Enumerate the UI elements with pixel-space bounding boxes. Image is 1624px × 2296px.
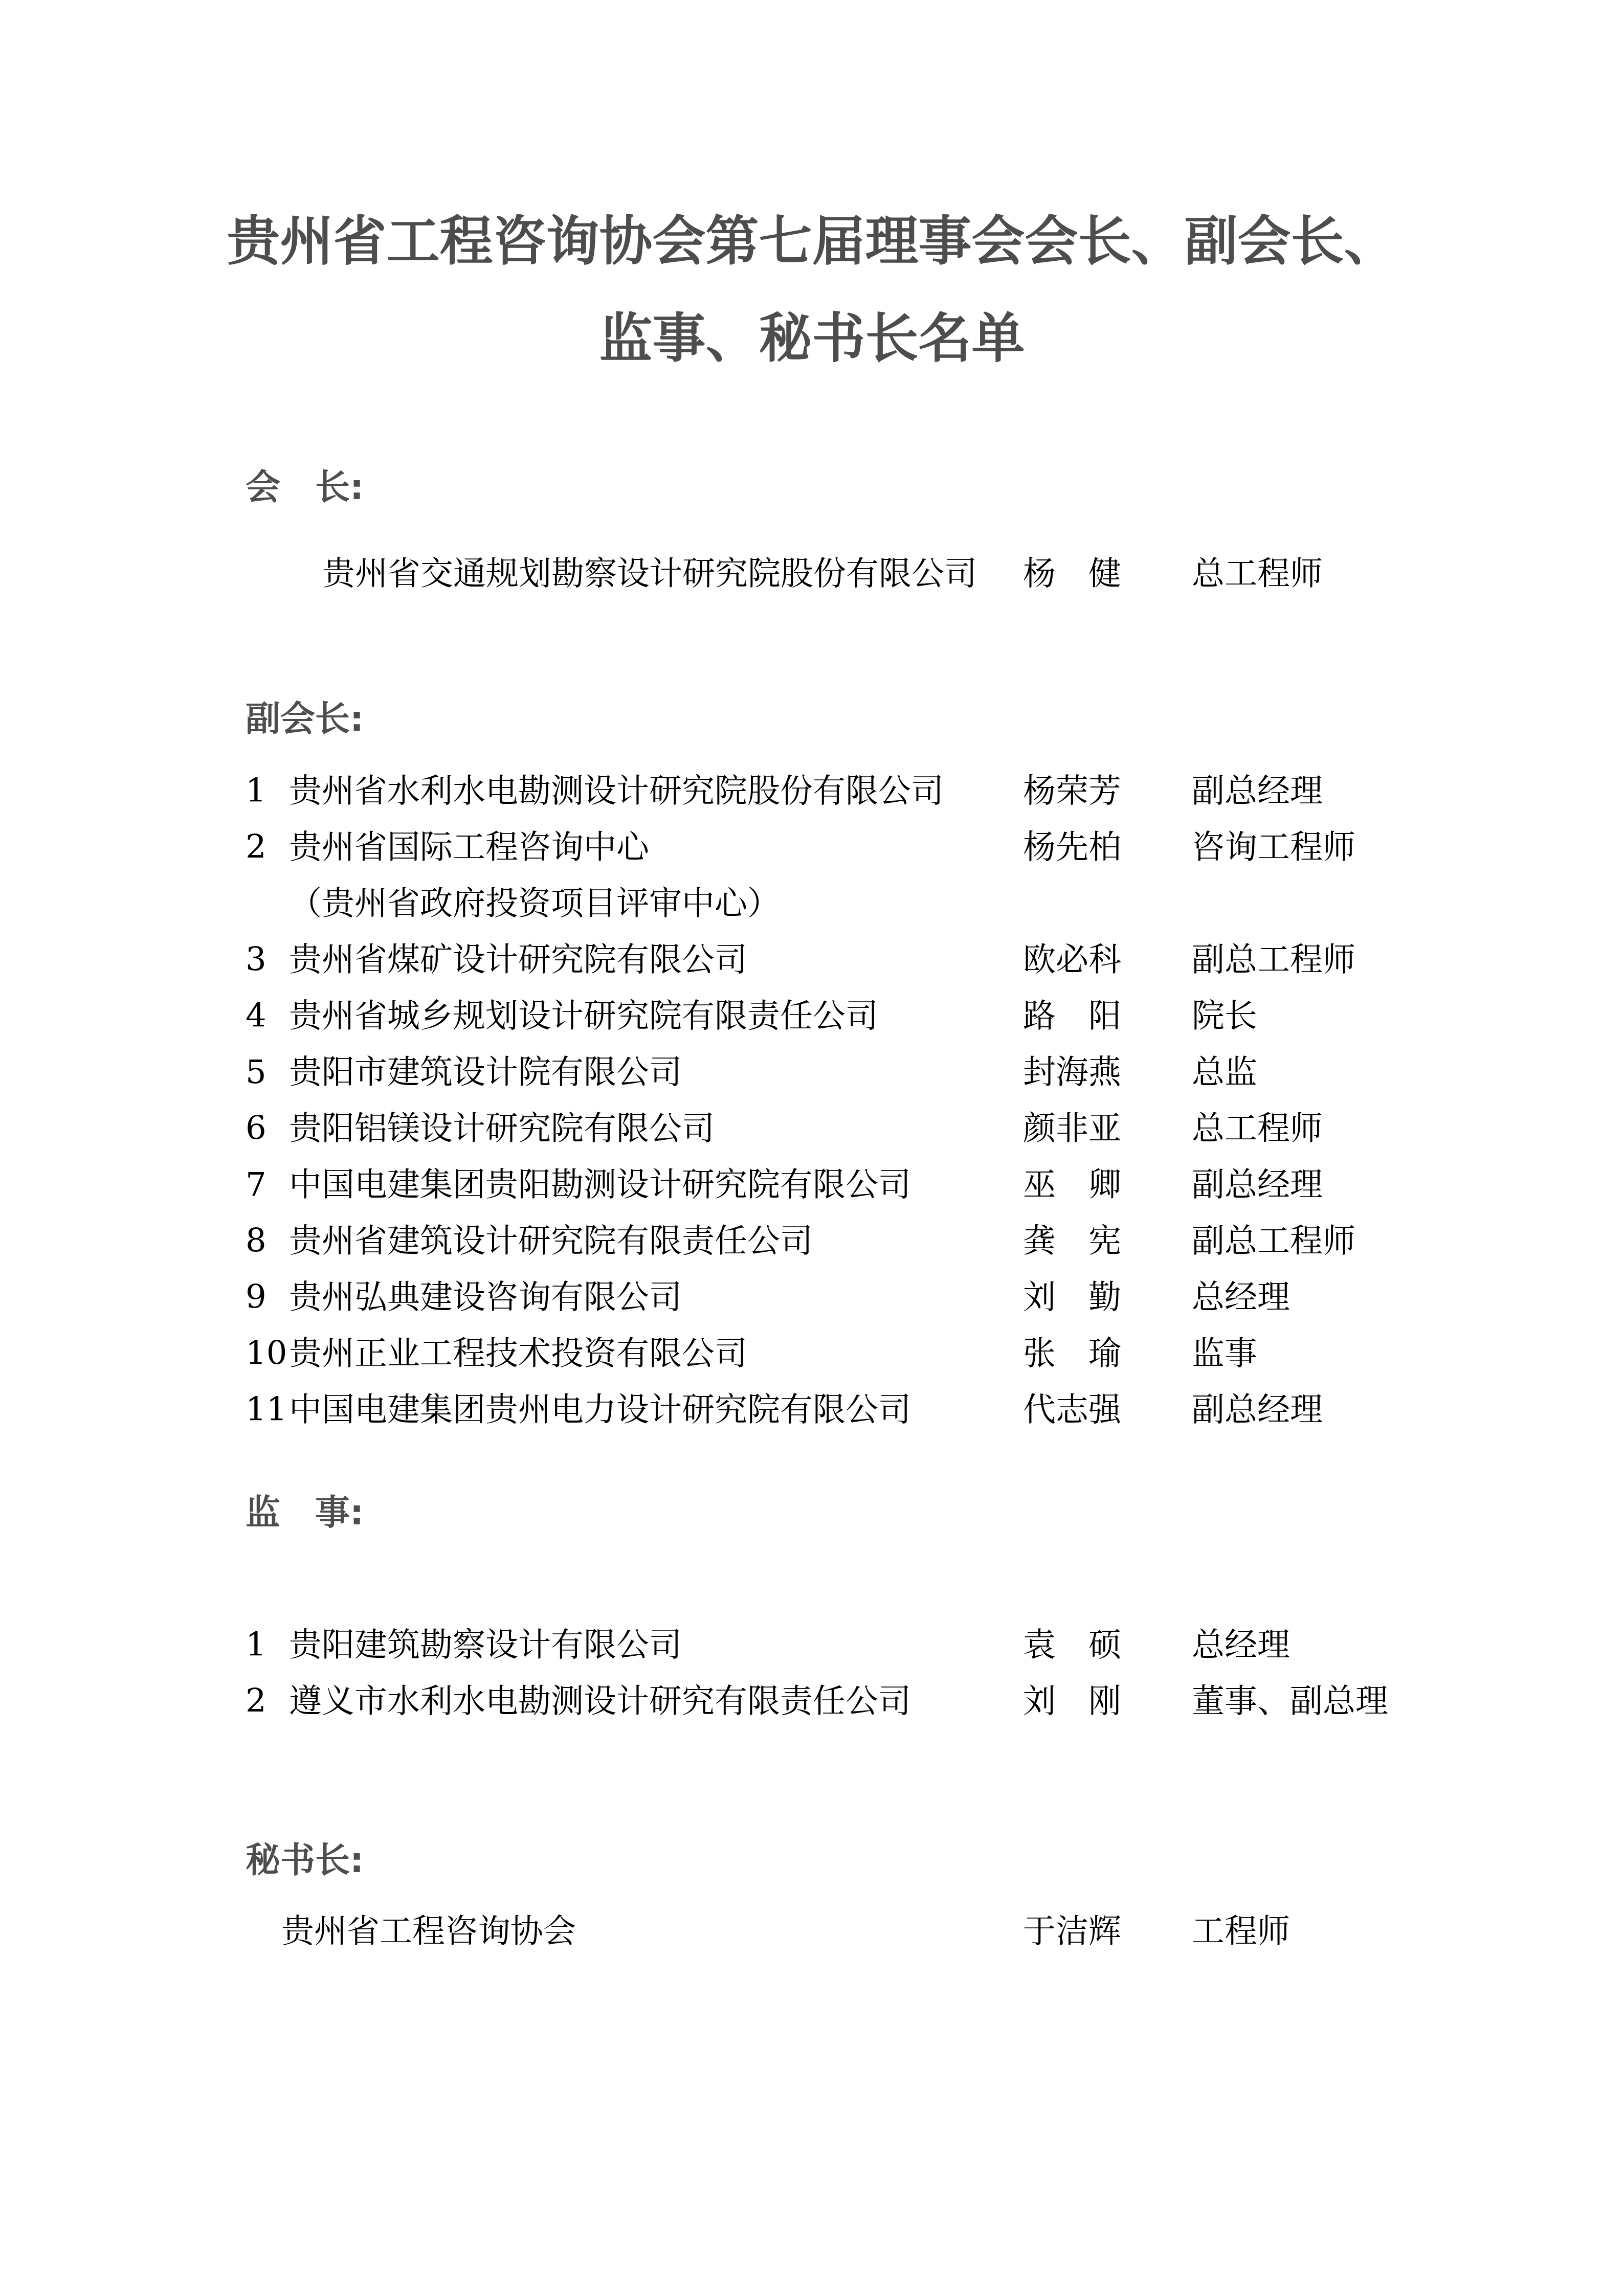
row-number-cell: 6 [246, 1112, 266, 1145]
company-cell: 贵州省煤矿设计研究院有限公司 [289, 943, 747, 976]
section-label-chairman: 会 长: [246, 470, 364, 505]
job-title-cell: 院长 [1192, 1000, 1257, 1032]
table-row: 5 贵阳市建筑设计院有限公司 封海燕 总监 [0, 1056, 1624, 1092]
section-label-vice-chairman: 副会长: [246, 702, 364, 737]
table-row: 11 中国电建集团贵州电力设计研究院有限公司 代志强 副总经理 [0, 1393, 1624, 1429]
job-title-cell: 董事、副总理 [1192, 1685, 1388, 1718]
row-number-cell: 10 [246, 1337, 287, 1370]
company-cell: 中国电建集团贵阳勘测设计研究院有限公司 [289, 1168, 911, 1201]
person-name-cell: 路 阳 [1023, 1000, 1121, 1032]
person-name-cell: 代志强 [1023, 1393, 1121, 1426]
person-name-cell: 杨先柏 [1023, 831, 1121, 864]
row-number-cell: 8 [246, 1225, 266, 1257]
job-title-cell: 副总经理 [1192, 1393, 1323, 1426]
row-number-cell: 2 [246, 831, 266, 864]
job-title-cell: 副总工程师 [1192, 943, 1355, 976]
row-number-cell: 11 [246, 1393, 287, 1426]
table-row: 7 中国电建集团贵阳勘测设计研究院有限公司 巫 卿 副总经理 [0, 1168, 1624, 1204]
table-row: 1 贵州省水利水电勘测设计研究院股份有限公司 杨荣芳 副总经理 [0, 775, 1624, 811]
row-number-cell: 1 [246, 1629, 266, 1661]
company-cell: 贵州弘典建设咨询有限公司 [289, 1281, 682, 1314]
job-title-cell: 总工程师 [1192, 557, 1323, 590]
table-row: 3 贵州省煤矿设计研究院有限公司 欧必科 副总工程师 [0, 943, 1624, 979]
person-name-cell: 张 瑜 [1023, 1337, 1121, 1370]
table-row: 2 贵州省国际工程咨询中心 杨先柏 咨询工程师 [0, 831, 1624, 867]
person-name-cell: 刘 勤 [1023, 1281, 1121, 1314]
section-label-secretary-general: 秘书长: [246, 1843, 364, 1878]
company-cell: 贵州省工程咨询协会 [281, 1915, 576, 1948]
company-cell: 贵州省国际工程咨询中心 [289, 831, 649, 864]
person-name-cell: 刘 刚 [1023, 1685, 1121, 1718]
company-cell: 中国电建集团贵州电力设计研究院有限公司 [289, 1393, 911, 1426]
document-page: 贵州省工程咨询协会第七届理事会会长、副会长、 监事、秘书长名单 会 长: 贵州省… [0, 0, 1624, 2296]
company-cell: 贵州省水利水电勘测设计研究院股份有限公司 [289, 775, 944, 807]
row-number-cell: 3 [246, 943, 266, 976]
person-name-cell: 巫 卿 [1023, 1168, 1121, 1201]
job-title-cell: 监事 [1192, 1337, 1257, 1370]
job-title-cell: 总经理 [1192, 1629, 1290, 1661]
table-row-note: （贵州省政府投资项目评审中心） [0, 887, 1624, 923]
table-row: 贵州省工程咨询协会 于洁辉 工程师 [0, 1915, 1624, 1951]
job-title-cell: 副总经理 [1192, 775, 1323, 807]
company-cell: 贵阳铝镁设计研究院有限公司 [289, 1112, 715, 1145]
table-row: 2 遵义市水利水电勘测设计研究有限责任公司 刘 刚 董事、副总理 [0, 1685, 1624, 1721]
person-name-cell: 于洁辉 [1023, 1915, 1121, 1948]
company-note-cell: （贵州省政府投资项目评审中心） [289, 887, 780, 920]
job-title-cell: 总工程师 [1192, 1112, 1323, 1145]
table-row: 10 贵州正业工程技术投资有限公司 张 瑜 监事 [0, 1337, 1624, 1373]
row-number-cell: 4 [246, 1000, 266, 1032]
person-name-cell: 龚 宪 [1023, 1225, 1121, 1257]
job-title-cell: 咨询工程师 [1192, 831, 1355, 864]
company-cell: 贵州省城乡规划设计研究院有限责任公司 [289, 1000, 878, 1032]
row-number-cell: 5 [246, 1056, 266, 1089]
table-row: 贵州省交通规划勘察设计研究院股份有限公司 杨 健 总工程师 [0, 557, 1624, 593]
company-cell: 贵阳市建筑设计院有限公司 [289, 1056, 682, 1089]
table-row: 1 贵阳建筑勘察设计有限公司 袁 硕 总经理 [0, 1629, 1624, 1664]
person-name-cell: 杨荣芳 [1023, 775, 1121, 807]
person-name-cell: 欧必科 [1023, 943, 1121, 976]
table-row: 8 贵州省建筑设计研究院有限责任公司 龚 宪 副总工程师 [0, 1225, 1624, 1260]
company-cell: 贵州省交通规划勘察设计研究院股份有限公司 [322, 557, 977, 590]
row-number-cell: 9 [246, 1281, 266, 1314]
job-title-cell: 总经理 [1192, 1281, 1290, 1314]
person-name-cell: 袁 硕 [1023, 1629, 1121, 1661]
person-name-cell: 封海燕 [1023, 1056, 1121, 1089]
table-row: 4 贵州省城乡规划设计研究院有限责任公司 路 阳 院长 [0, 1000, 1624, 1036]
row-number-cell: 1 [246, 775, 266, 807]
company-cell: 贵州正业工程技术投资有限公司 [289, 1337, 747, 1370]
job-title-cell: 工程师 [1192, 1915, 1290, 1948]
row-number-cell: 7 [246, 1168, 266, 1201]
page-title-line-1: 贵州省工程咨询协会第七届理事会会长、副会长、 [0, 215, 1624, 268]
table-row: 6 贵阳铝镁设计研究院有限公司 颜非亚 总工程师 [0, 1112, 1624, 1148]
table-row: 9 贵州弘典建设咨询有限公司 刘 勤 总经理 [0, 1281, 1624, 1317]
person-name-cell: 颜非亚 [1023, 1112, 1121, 1145]
job-title-cell: 总监 [1192, 1056, 1257, 1089]
person-name-cell: 杨 健 [1023, 557, 1121, 590]
row-number-cell: 2 [246, 1685, 266, 1718]
job-title-cell: 副总经理 [1192, 1168, 1323, 1201]
company-cell: 遵义市水利水电勘测设计研究有限责任公司 [289, 1685, 911, 1718]
company-cell: 贵阳建筑勘察设计有限公司 [289, 1629, 682, 1661]
section-label-supervisor: 监 事: [246, 1496, 364, 1530]
job-title-cell: 副总工程师 [1192, 1225, 1355, 1257]
page-title-line-2: 监事、秘书长名单 [0, 312, 1624, 365]
company-cell: 贵州省建筑设计研究院有限责任公司 [289, 1225, 813, 1257]
